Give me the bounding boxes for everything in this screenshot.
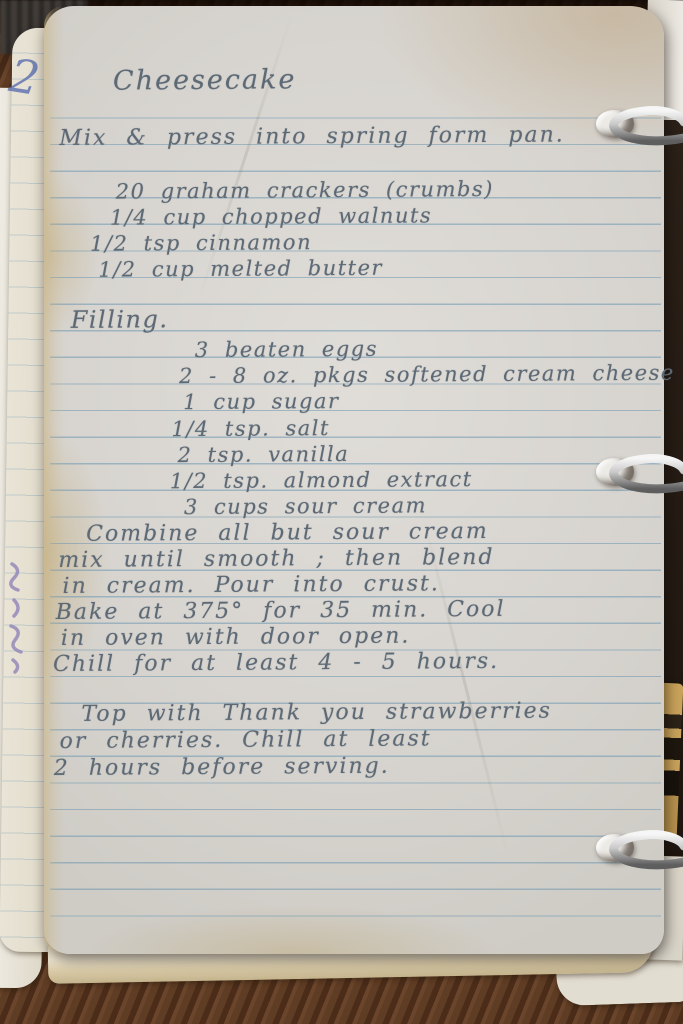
binder-ring-top [588, 98, 683, 156]
binder-ring-middle [588, 446, 683, 504]
photo-scene: 2 Cheesecake Mix & press into spring for… [0, 0, 683, 1024]
ring-icon [588, 98, 683, 156]
torn-left-edge [44, 6, 64, 954]
ruled-lines [50, 92, 661, 940]
ring-icon [588, 446, 683, 504]
recipe-page [44, 6, 664, 954]
purple-stamp-mark [4, 556, 30, 680]
binder-ring-bottom [588, 822, 683, 880]
ring-icon [588, 822, 683, 880]
